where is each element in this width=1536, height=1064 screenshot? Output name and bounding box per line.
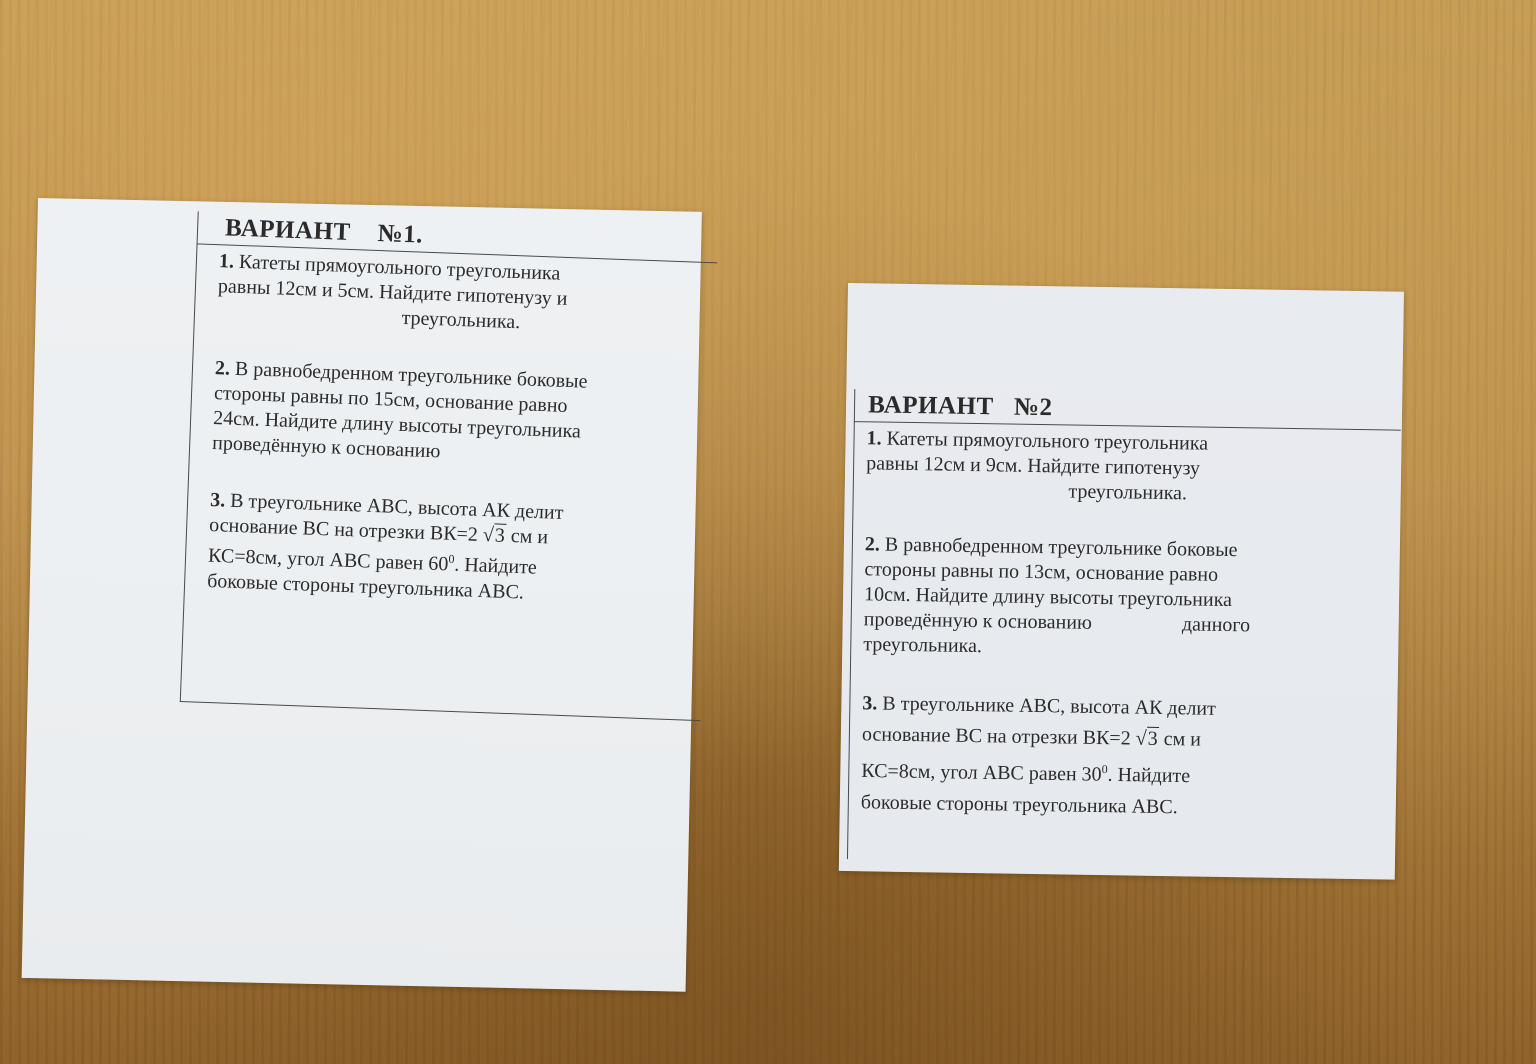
- radicand: 3: [1147, 727, 1159, 750]
- task-text: боковые стороны треугольника АВС.: [861, 791, 1178, 818]
- task-text: треугольника.: [863, 633, 982, 657]
- variant-title-text: ВАРИАНТ: [868, 391, 994, 420]
- task-text: КС=8см, угол АВС равен 30: [861, 760, 1102, 786]
- variant-1-sheet: ВАРИАНТ №1. 1. Катеты прямоугольного тре…: [180, 211, 719, 721]
- variant-1-task-2: 2. В равнобедренном треугольнике боковые…: [190, 351, 713, 474]
- task-number: 2.: [865, 533, 880, 555]
- task-text: . Найдите: [454, 554, 537, 579]
- variant-title-text: ВАРИАНТ: [225, 214, 351, 246]
- task-text: В треугольнике АВС, высота АК делит: [882, 693, 1216, 720]
- radicand: 3: [493, 523, 506, 546]
- variant-1-task-3: 3. В треугольнике АВС, высота АК делит о…: [185, 483, 709, 612]
- task-text: равны 12см и 9см. Найдите гипотенузу: [866, 452, 1200, 479]
- square-root-symbol: √3: [482, 523, 506, 549]
- task-text: стороны равны по 13см, основание равно: [864, 558, 1218, 586]
- square-root-symbol: √3: [1135, 724, 1158, 755]
- variant-number: №1.: [377, 220, 423, 249]
- task-number: 1.: [866, 427, 881, 449]
- task-text: проведённую к основанию: [212, 432, 441, 462]
- variant-number: №2: [1014, 394, 1053, 422]
- task-text: В равнобедренном треугольнике боковые: [885, 534, 1238, 562]
- task-text: данного: [1182, 613, 1251, 636]
- variant-2-task-2: 2. В равнобедренном треугольнике боковые…: [851, 528, 1399, 666]
- variant-2-sheet: ВАРИАНТ №2 1. Катеты прямоугольного треу…: [847, 389, 1401, 868]
- variant-2-card: ВАРИАНТ №2 1. Катеты прямоугольного треу…: [839, 283, 1404, 880]
- variant-2-task-1: 1. Катеты прямоугольного треугольника ра…: [854, 422, 1401, 510]
- variant-2-task-3: 3. В треугольнике АВС, высота АК делит о…: [849, 684, 1397, 826]
- task-number: 3.: [210, 489, 226, 512]
- task-number: 3.: [862, 692, 877, 714]
- task-text: треугольника.: [866, 476, 1390, 509]
- task-text: см и: [1164, 728, 1202, 751]
- task-number: 2.: [215, 357, 231, 380]
- variant-1-card: ВАРИАНТ №1. 1. Катеты прямоугольного тре…: [22, 198, 702, 992]
- task-text: основание ВС на отрезки ВК=2: [862, 723, 1131, 749]
- task-text: Катеты прямоугольного треугольника: [886, 428, 1208, 455]
- task-text: 10см. Найдите длину высоты треугольника: [864, 583, 1232, 611]
- task-text: проведённую к основанию: [864, 608, 1093, 634]
- task-number: 1.: [219, 250, 235, 273]
- task-text: см и: [510, 525, 548, 548]
- task-text: . Найдите: [1107, 764, 1190, 787]
